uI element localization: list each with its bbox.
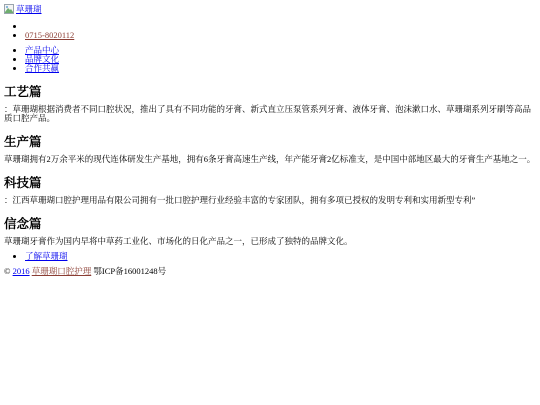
list-item: 品牌文化	[25, 55, 536, 64]
copyright-symbol: ©	[4, 266, 10, 276]
footer-brand-link[interactable]: 草珊瑚口腔护理	[32, 266, 92, 276]
logo-area: 草珊瑚	[4, 4, 536, 16]
section-heading-technology: 科技篇	[4, 177, 536, 190]
section-body-craft: ：草珊瑚根据消费者不同口腔状况，推出了具有不同功能的牙膏、新式直立压泵管系列牙膏…	[4, 105, 536, 123]
footer: © 2016 草珊瑚口腔护理 鄂ICP备16001248号	[4, 267, 536, 276]
phone-link[interactable]: 0715-8020112	[25, 30, 74, 40]
learn-more-link[interactable]: 了解草珊瑚	[25, 251, 68, 261]
section-heading-belief: 信念篇	[4, 218, 536, 231]
nav-link-cooperation[interactable]: 合作共赢	[25, 63, 59, 73]
logo-link[interactable]: 草珊瑚	[4, 4, 42, 14]
broken-image-icon	[4, 4, 14, 14]
section-body-production: 草珊瑚拥有2万余平米的现代连体研发生产基地，拥有6条牙膏高速生产线，年产能牙膏2…	[4, 155, 536, 164]
list-item: 合作共赢	[25, 64, 536, 73]
list-item: 产品中心	[25, 46, 536, 55]
contact-list: 0715-8020112	[4, 22, 536, 40]
section-heading-production: 生产篇	[4, 136, 536, 149]
list-item-empty	[25, 22, 536, 31]
nav-list: 产品中心 品牌文化 合作共赢	[4, 46, 536, 73]
list-item-phone: 0715-8020112	[25, 31, 536, 40]
section-body-belief: 草珊瑚牙膏作为国内早将中草药工业化、市场化的日化产品之一，已形成了独特的品牌文化…	[4, 237, 536, 246]
logo-alt-text: 草珊瑚	[16, 5, 42, 14]
list-item: 了解草珊瑚	[25, 252, 536, 261]
section-heading-craft: 工艺篇	[4, 86, 536, 99]
footer-year-link[interactable]: 2016	[13, 266, 30, 276]
learn-more-list: 了解草珊瑚	[4, 252, 536, 261]
section-body-technology: ：江西草珊瑚口腔护理用品有限公司拥有一批口腔护理行业经验丰富的专家团队，拥有多项…	[4, 196, 536, 205]
icp-number: 鄂ICP备16001248号	[93, 266, 166, 276]
